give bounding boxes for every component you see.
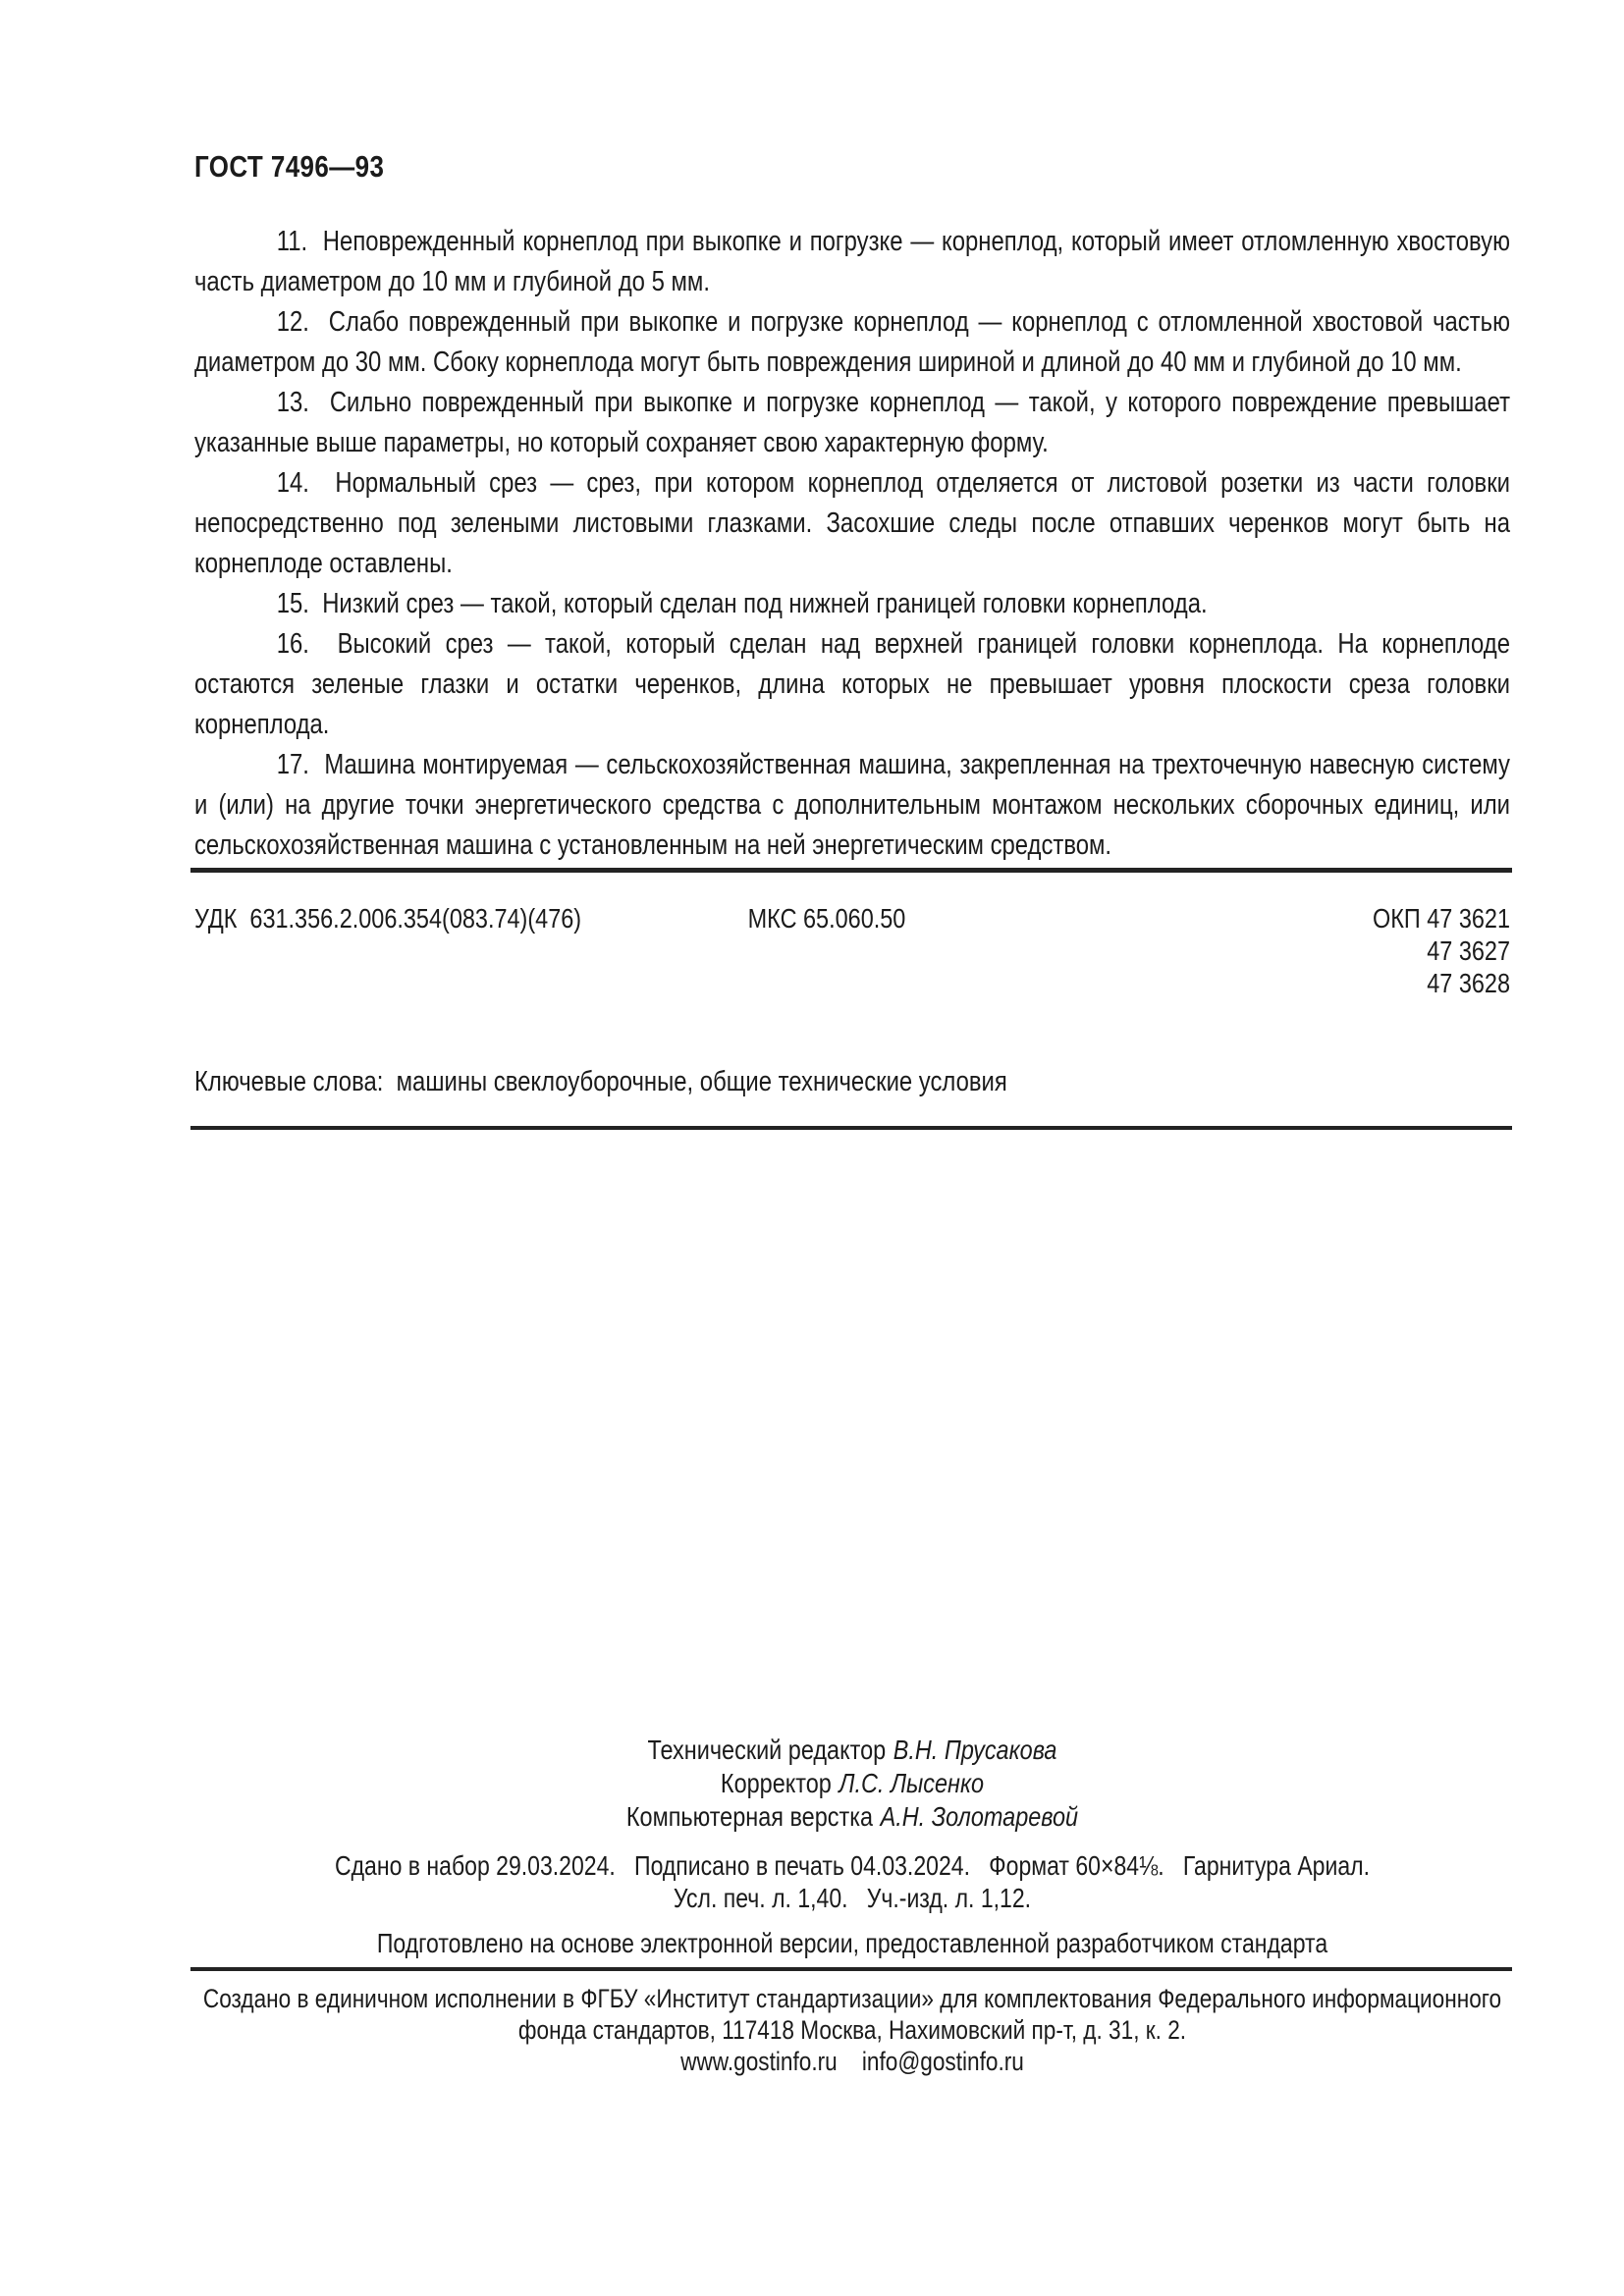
imprint-block: Сдано в набор 29.03.2024. Подписано в пе… <box>194 1849 1510 1914</box>
terms-definitions-section: 11. Неповрежденный корнеплод при выкопке… <box>194 222 1510 866</box>
credit-person-name: А.Н. Золотаревой <box>881 1801 1079 1832</box>
standard-designation: ГОСТ 7496—93 <box>194 149 935 185</box>
gost-document-page: ГОСТ 7496—93 11. Неповрежденный корнепло… <box>0 0 1624 2296</box>
okp-code-line-2: 47 3627 <box>1373 934 1510 967</box>
classification-codes-row: УДК 631.356.2.006.354(083.74)(476) МКС 6… <box>194 902 1510 934</box>
credit-person-name: В.Н. Прусакова <box>893 1735 1057 1765</box>
credit-role: Компьютерная верстка <box>626 1801 873 1832</box>
credit-role: Корректор <box>721 1768 832 1798</box>
mks-code: МКС 65.060.50 <box>748 902 906 934</box>
divider-above-codes <box>190 868 1512 873</box>
credit-line-corrector: КорректорЛ.С. Лысенко <box>194 1767 1510 1800</box>
imprint-line-1: Сдано в набор 29.03.2024. Подписано в пе… <box>194 1849 1510 1882</box>
footer-line-2: фонда стандартов, 117418 Москва, Нахимов… <box>194 2014 1510 2046</box>
credit-line-layout: Компьютерная версткаА.Н. Золотаревой <box>194 1800 1510 1834</box>
divider-below-keywords <box>190 1126 1512 1130</box>
term-definition-16: 16. Высокий срез — такой, который сделан… <box>194 624 1510 745</box>
term-definition-13: 13. Сильно поврежденный при выкопке и по… <box>194 383 1510 463</box>
publisher-footer-block: Создано в единичном исполнении в ФГБУ «И… <box>194 1983 1510 2077</box>
prepared-note: Подготовлено на основе электронной верси… <box>194 1928 1510 1959</box>
divider-above-footer <box>190 1967 1512 1971</box>
okp-code-line-1: ОКП 47 3621 <box>1373 902 1510 934</box>
credits-block: Технический редакторВ.Н. Прусакова Корре… <box>194 1734 1510 1834</box>
footer-contacts-line: www.gostinfo.ruinfo@gostinfo.ru <box>194 2046 1510 2077</box>
term-definition-11: 11. Неповрежденный корнеплод при выкопке… <box>194 222 1510 302</box>
okp-code-line-3: 47 3628 <box>1373 967 1510 999</box>
term-definition-14: 14. Нормальный срез — срез, при котором … <box>194 463 1510 584</box>
udk-code: УДК 631.356.2.006.354(083.74)(476) <box>194 903 581 934</box>
credit-role: Технический редактор <box>648 1735 887 1765</box>
imprint-line-2: Усл. печ. л. 1,40. Уч.-изд. л. 1,12. <box>194 1882 1510 1914</box>
email-text: info@gostinfo.ru <box>862 2047 1024 2076</box>
credit-person-name: Л.С. Лысенко <box>839 1768 984 1798</box>
website-text: www.gostinfo.ru <box>680 2047 838 2076</box>
term-definition-17: 17. Машина монтируемая — сельскохозяйств… <box>194 745 1510 866</box>
term-definition-15: 15. Низкий срез — такой, который сделан … <box>194 584 1510 624</box>
okp-codes: ОКП 47 3621 47 3627 47 3628 <box>1373 902 1510 999</box>
keywords-line: Ключевые слова: машины свеклоуборочные, … <box>194 1065 1510 1098</box>
footer-line-1: Создано в единичном исполнении в ФГБУ «И… <box>194 1983 1510 2014</box>
credit-line-technical-editor: Технический редакторВ.Н. Прусакова <box>194 1734 1510 1767</box>
term-definition-12: 12. Слабо поврежденный при выкопке и пог… <box>194 302 1510 383</box>
